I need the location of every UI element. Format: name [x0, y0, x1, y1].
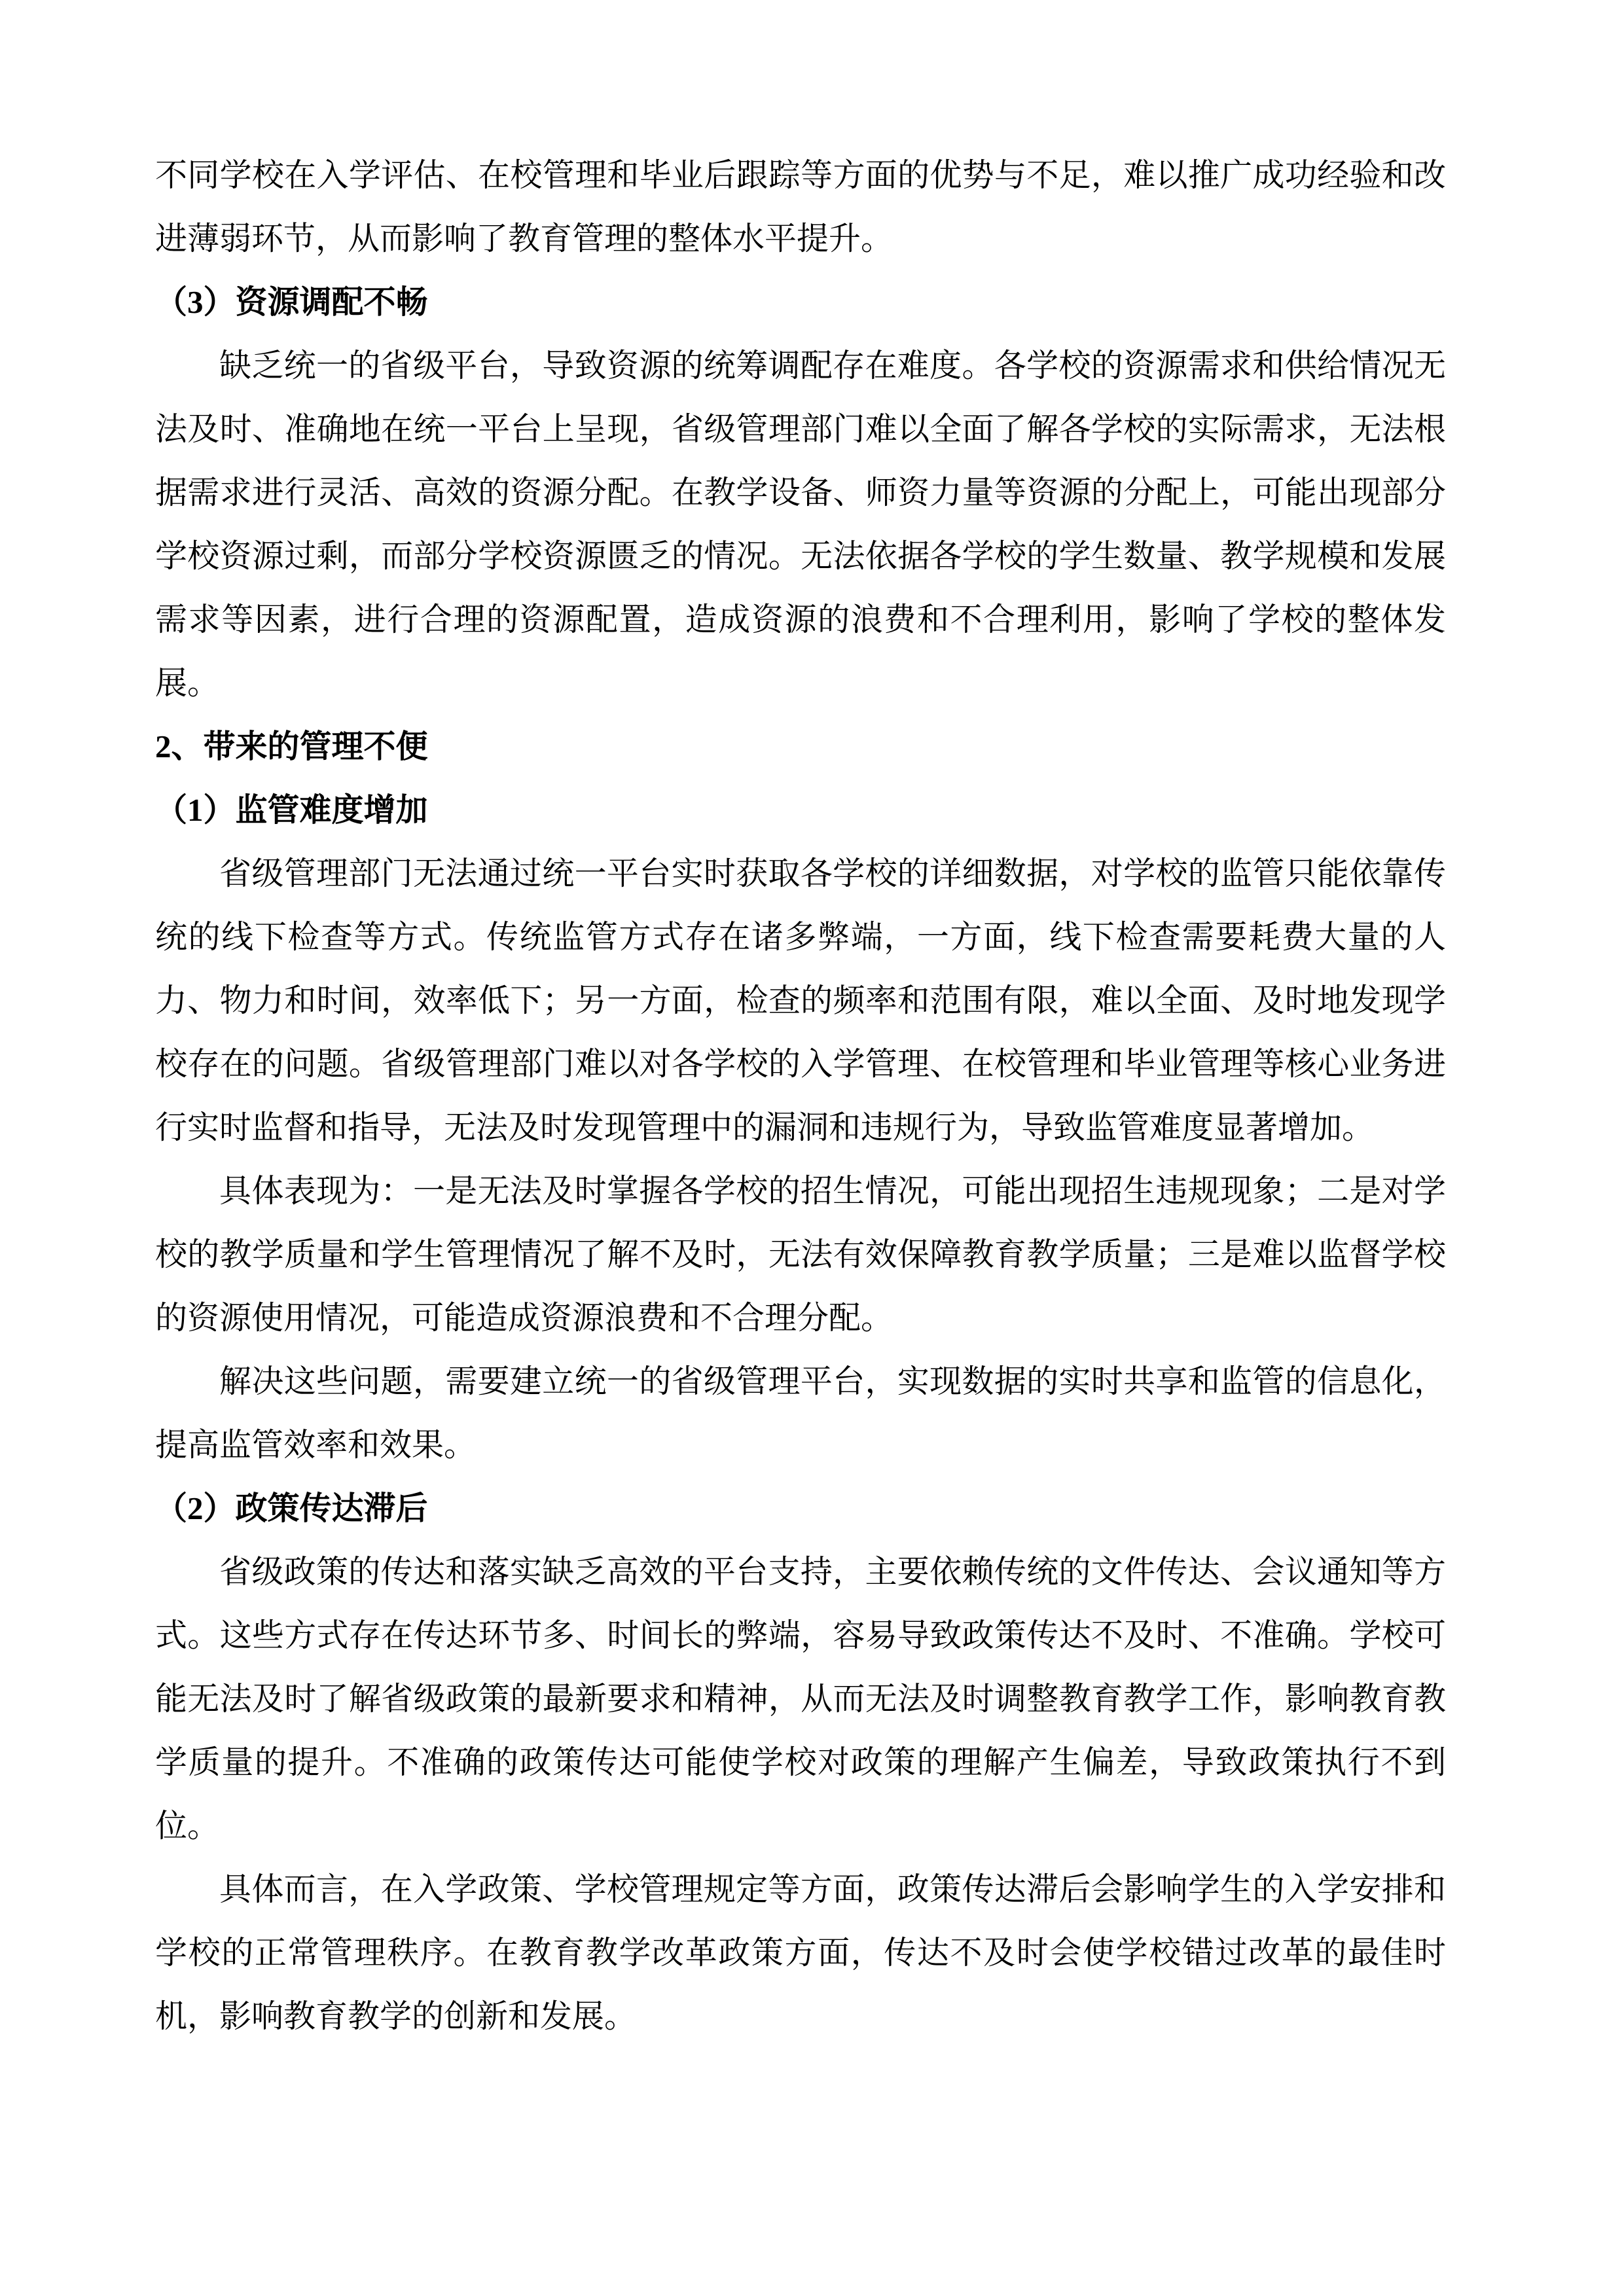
text-line: 法及时、准确地在统一平台上呈现，省级管理部门难以全面了解各学校的实际需求，无法根 [155, 397, 1446, 461]
paragraph: 具体表现为：一是无法及时掌握各学校的招生情况，可能出现招生违规现象；二是对学 校… [155, 1159, 1446, 1350]
text-line: 省级政策的传达和落实缺乏高效的平台支持，主要依赖传统的文件传达、会议通知等方 [155, 1540, 1446, 1604]
text-line: 学质量的提升。不准确的政策传达可能使学校对政策的理解产生偏差，导致政策执行不到 [155, 1731, 1446, 1794]
text-line: 能无法及时了解省级政策的最新要求和精神，从而无法及时调整教育教学工作，影响教育教 [155, 1667, 1446, 1731]
text-line: 需求等因素，进行合理的资源配置，造成资源的浪费和不合理利用，影响了学校的整体发 [155, 588, 1446, 651]
text-line: 解决这些问题，需要建立统一的省级管理平台，实现数据的实时共享和监管的信息化， [155, 1350, 1446, 1413]
heading-block: 2、带来的管理不便 [155, 715, 1446, 778]
heading-block: （1）监管难度增加 [155, 778, 1446, 842]
text-line: 提高监管效率和效果。 [155, 1413, 1446, 1477]
section-heading-1: 2、带来的管理不便 [155, 715, 1446, 778]
text-line: 进薄弱环节，从而影响了教育管理的整体水平提升。 [155, 207, 1446, 270]
text-line: 具体表现为：一是无法及时掌握各学校的招生情况，可能出现招生违规现象；二是对学 [155, 1159, 1446, 1223]
section-heading-2: （1）监管难度增加 [155, 778, 1446, 842]
text-line: 位。 [155, 1794, 1446, 1857]
text-line: 统的线下检查等方式。传统监管方式存在诸多弊端，一方面，线下检查需要耗费大量的人 [155, 905, 1446, 969]
text-line: 展。 [155, 651, 1446, 715]
text-line: 学校资源过剩，而部分学校资源匮乏的情况。无法依据各学校的学生数量、教学规模和发展 [155, 524, 1446, 588]
text-line: 校存在的问题。省级管理部门难以对各学校的入学管理、在校管理和毕业管理等核心业务进 [155, 1032, 1446, 1096]
heading-block: （3）资源调配不畅 [155, 270, 1446, 334]
text-line: 力、物力和时间，效率低下；另一方面，检查的频率和范围有限，难以全面、及时地发现学 [155, 969, 1446, 1032]
paragraph: 缺乏统一的省级平台，导致资源的统筹调配存在难度。各学校的资源需求和供给情况无 法… [155, 334, 1446, 715]
paragraph: 省级政策的传达和落实缺乏高效的平台支持，主要依赖传统的文件传达、会议通知等方 式… [155, 1540, 1446, 1857]
document-body: 不同学校在入学评估、在校管理和毕业后跟踪等方面的优势与不足，难以推广成功经验和改… [155, 143, 1446, 2048]
heading-block: （2）政策传达滞后 [155, 1477, 1446, 1540]
text-line: 的资源使用情况，可能造成资源浪费和不合理分配。 [155, 1286, 1446, 1350]
paragraph: 具体而言，在入学政策、学校管理规定等方面，政策传达滞后会影响学生的入学安排和 学… [155, 1857, 1446, 2048]
text-line: 不同学校在入学评估、在校管理和毕业后跟踪等方面的优势与不足，难以推广成功经验和改 [155, 143, 1446, 207]
text-line: 行实时监督和指导，无法及时发现管理中的漏洞和违规行为，导致监管难度显著增加。 [155, 1096, 1446, 1159]
paragraph: 省级管理部门无法通过统一平台实时获取各学校的详细数据，对学校的监管只能依靠传 统… [155, 842, 1446, 1159]
text-line: 式。这些方式存在传达环节多、时间长的弊端，容易导致政策传达不及时、不准确。学校可 [155, 1604, 1446, 1667]
section-heading-2: （2）政策传达滞后 [155, 1477, 1446, 1540]
text-line: 省级管理部门无法通过统一平台实时获取各学校的详细数据，对学校的监管只能依靠传 [155, 842, 1446, 905]
text-line: 据需求进行灵活、高效的资源分配。在教学设备、师资力量等资源的分配上，可能出现部分 [155, 461, 1446, 524]
paragraph: 不同学校在入学评估、在校管理和毕业后跟踪等方面的优势与不足，难以推广成功经验和改… [155, 143, 1446, 270]
text-line: 具体而言，在入学政策、学校管理规定等方面，政策传达滞后会影响学生的入学安排和 [155, 1857, 1446, 1921]
text-line: 校的教学质量和学生管理情况了解不及时，无法有效保障教育教学质量；三是难以监督学校 [155, 1223, 1446, 1286]
section-heading-3: （3）资源调配不畅 [155, 270, 1446, 334]
text-line: 学校的正常管理秩序。在教育教学改革政策方面，传达不及时会使学校错过改革的最佳时 [155, 1921, 1446, 1984]
text-line: 缺乏统一的省级平台，导致资源的统筹调配存在难度。各学校的资源需求和供给情况无 [155, 334, 1446, 397]
paragraph: 解决这些问题，需要建立统一的省级管理平台，实现数据的实时共享和监管的信息化， 提… [155, 1350, 1446, 1477]
text-line: 机，影响教育教学的创新和发展。 [155, 1984, 1446, 2048]
document-page: 不同学校在入学评估、在校管理和毕业后跟踪等方面的优势与不足，难以推广成功经验和改… [0, 0, 1624, 2296]
